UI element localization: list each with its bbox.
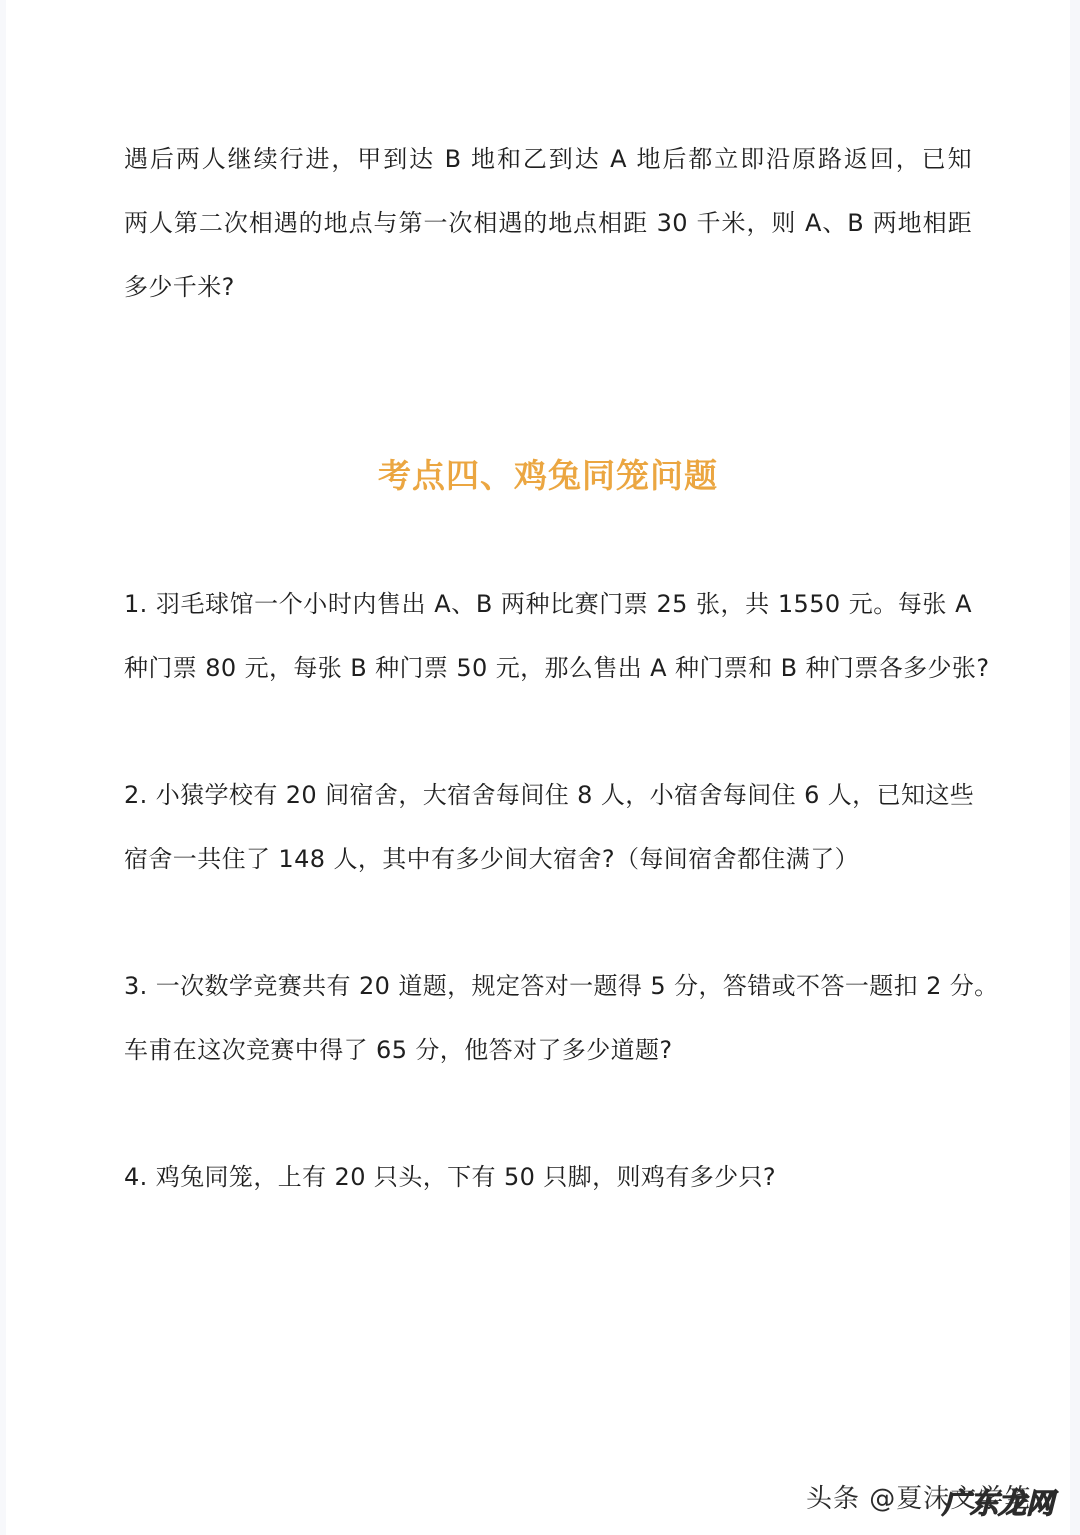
problem-line: 2. 小猿学校有 20 间宿舍，大宿舍每间住 8 人，小宿舍每间住 6 人，已知… xyxy=(124,763,972,827)
page-edge-right xyxy=(1070,0,1080,1535)
problem-line: 车甫在这次竞赛中得了 65 分，他答对了多少道题? xyxy=(124,1018,972,1082)
problem-4: 4. 鸡兔同笼，上有 20 只头，下有 50 只脚，则鸡有多少只? xyxy=(124,1145,972,1209)
page-edge-left xyxy=(0,0,6,1535)
watermark-site: 广东龙网 xyxy=(942,1482,1054,1522)
section-title: 考点四、鸡兔同笼问题 xyxy=(124,448,972,504)
problem-3: 3. 一次数学竞赛共有 20 道题，规定答对一题得 5 分，答错或不答一题扣 2… xyxy=(124,954,972,1082)
intro-paragraph: 遇后两人继续行进，甲到达 B 地和乙到达 A 地后都立即沿原路返回，已知 两人第… xyxy=(124,127,972,319)
problem-1: 1. 羽毛球馆一个小时内售出 A、B 两种比赛门票 25 张，共 1550 元。… xyxy=(124,572,972,700)
problem-line: 4. 鸡兔同笼，上有 20 只头，下有 50 只脚，则鸡有多少只? xyxy=(124,1145,972,1209)
problem-line: 宿舍一共住了 148 人，其中有多少间大宿舍?（每间宿舍都住满了） xyxy=(124,827,972,891)
intro-line: 两人第二次相遇的地点与第一次相遇的地点相距 30 千米，则 A、B 两地相距 xyxy=(124,191,972,255)
problem-line: 种门票 80 元，每张 B 种门票 50 元，那么售出 A 种门票和 B 种门票… xyxy=(124,636,972,700)
intro-line: 遇后两人继续行进，甲到达 B 地和乙到达 A 地后都立即沿原路返回，已知 xyxy=(124,127,972,191)
problem-line: 3. 一次数学竞赛共有 20 道题，规定答对一题得 5 分，答错或不答一题扣 2… xyxy=(124,954,972,1018)
watermark: 头条 @夏沫文学笔 广东龙网 xyxy=(806,1478,1031,1515)
problem-line: 1. 羽毛球馆一个小时内售出 A、B 两种比赛门票 25 张，共 1550 元。… xyxy=(124,572,972,636)
intro-line: 多少千米? xyxy=(124,255,972,319)
problem-2: 2. 小猿学校有 20 间宿舍，大宿舍每间住 8 人，小宿舍每间住 6 人，已知… xyxy=(124,763,972,891)
